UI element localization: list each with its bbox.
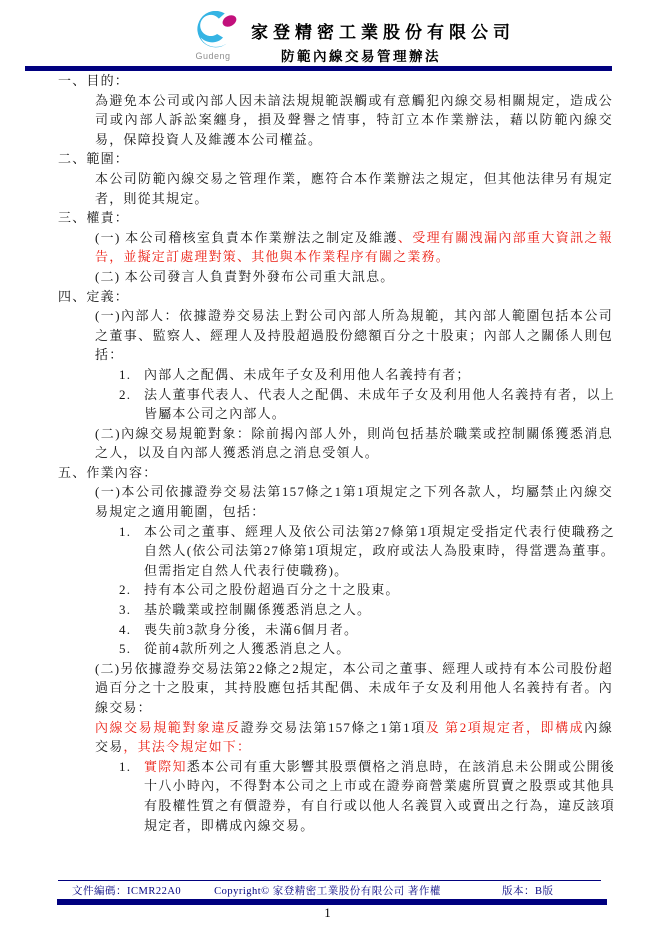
gudeng-logo-icon: [184, 11, 242, 51]
paragraph: 內線交易規範對象違反證券交易法第157條之1第1項及 第2項規定者，即構成內線交…: [95, 718, 613, 757]
footer-top-rule: [58, 880, 601, 881]
list-item-text: 從前4款所列之人獲悉消息之人。: [144, 639, 615, 659]
list-item: 4.喪失前3款身分後，未滿6個月者。: [119, 620, 615, 640]
paragraph: 本公司防範內線交易之管理作業，應符合本作業辦法之規定，但其他法律另有規定者，則從…: [95, 169, 613, 208]
list-marker: 4.: [119, 620, 144, 640]
section-heading-purpose: 一、目的：: [0, 71, 655, 91]
list-item-text: 喪失前3款身分後，未滿6個月者。: [144, 620, 615, 640]
document-body: 一、目的： 為避免本公司或內部人因未諳法規規範誤觸或有意觸犯內線交易相關規定，造…: [0, 71, 655, 835]
document-header: Gudeng 家登精密工業股份有限公司 防範內線交易管理辦法: [0, 0, 655, 72]
footer-divider-bar: [57, 899, 607, 905]
text-run: (一) 本公司稽核室負責本作業辦法之制定及維護: [95, 230, 398, 245]
section-heading-definitions: 四、定義：: [0, 287, 655, 307]
list-marker: 2.: [119, 580, 144, 600]
list-item-text: 持有本公司之股份超過百分之十之股東。: [144, 580, 615, 600]
document-title: 防範內線交易管理辦法: [281, 45, 441, 65]
text-run: 悉本公司有重大影響其股票價格之消息時，在該消息未公開或公開後十八小時內，不得對本…: [144, 759, 615, 833]
paragraph: (二)另依據證券交易法第22條之2規定，本公司之董事、經理人或持有本公司股份超過…: [95, 659, 613, 718]
text-run: 證券交易法第157條之1第1項: [241, 720, 426, 735]
text-run-red: 內線交易規範對象違反: [95, 720, 241, 735]
list-marker: 3.: [119, 600, 144, 620]
list-item: 1.本公司之董事、經理人及依公司法第27條第1項規定受指定代表行使職務之自然人(…: [119, 522, 615, 581]
document-page: Gudeng 家登精密工業股份有限公司 防範內線交易管理辦法 一、目的： 為避免…: [0, 0, 655, 930]
company-name: 家登精密工業股份有限公司: [251, 18, 515, 43]
paragraph: (二)內線交易規範對象：除前揭內部人外，則尚包括基於職業或控制關係獲悉消息之人，…: [95, 424, 613, 463]
text-run-red: ，其法令規定如下：: [123, 739, 251, 754]
paragraph: (二) 本公司發言人負責對外發布公司重大訊息。: [95, 267, 613, 287]
list-item-text: 基於職業或控制關係獲悉消息之人。: [144, 600, 615, 620]
list-item-text: 實際知悉本公司有重大影響其股票價格之消息時，在該消息未公開或公開後十八小時內，不…: [144, 757, 615, 835]
list-marker: 5.: [119, 639, 144, 659]
footer-version: 版本：B版: [502, 883, 554, 898]
list-item: 3.基於職業或控制關係獲悉消息之人。: [119, 600, 615, 620]
list-item: 2.法人董事代表人、代表人之配偶、未成年子女及利用他人名義持有者，以上皆屬本公司…: [119, 385, 615, 424]
list-marker: 1.: [119, 757, 144, 835]
section-heading-responsibility: 三、權責：: [0, 208, 655, 228]
section-heading-scope: 二、範圍：: [0, 149, 655, 169]
page-number: 1: [0, 906, 655, 921]
list-item: 5.從前4款所列之人獲悉消息之人。: [119, 639, 615, 659]
section-heading-operations: 五、作業內容：: [0, 463, 655, 483]
list-item: 2.持有本公司之股份超過百分之十之股東。: [119, 580, 615, 600]
list-item-text: 本公司之董事、經理人及依公司法第27條第1項規定受指定代表行使職務之自然人(依公…: [144, 522, 615, 581]
text-run-red: 實際知: [144, 759, 187, 774]
list-item: 1.內部人之配偶、未成年子女及利用他人名義持有者；: [119, 365, 615, 385]
gudeng-wordmark: Gudeng: [186, 51, 240, 61]
paragraph: 為避免本公司或內部人因未諳法規規範誤觸或有意觸犯內線交易相關規定，造成公司或內部…: [95, 91, 613, 150]
list-item-text: 內部人之配偶、未成年子女及利用他人名義持有者；: [144, 365, 615, 385]
list-marker: 1.: [119, 522, 144, 581]
gudeng-logo: Gudeng: [184, 11, 242, 65]
list-marker: 2.: [119, 385, 144, 424]
paragraph: (一)內部人：依據證券交易法上對公司內部人所為規範，其內部人範圍包括本公司之董事…: [95, 306, 613, 365]
list-item: 1.實際知悉本公司有重大影響其股票價格之消息時，在該消息未公開或公開後十八小時內…: [119, 757, 615, 835]
paragraph: (一) 本公司稽核室負責本作業辦法之制定及維護、受理有關洩漏內部重大資訊之報告，…: [95, 228, 613, 267]
footer-copyright: Copyright© 家登精密工業股份有限公司 著作權: [0, 883, 655, 898]
list-marker: 1.: [119, 365, 144, 385]
paragraph: (一)本公司依據證券交易法第157條之1第1項規定之下列各款人，均屬禁止內線交易…: [95, 482, 613, 521]
list-item-text: 法人董事代表人、代表人之配偶、未成年子女及利用他人名義持有者，以上皆屬本公司之內…: [144, 385, 615, 424]
text-run-red: 及 第2項規定者，即構成: [426, 720, 584, 735]
